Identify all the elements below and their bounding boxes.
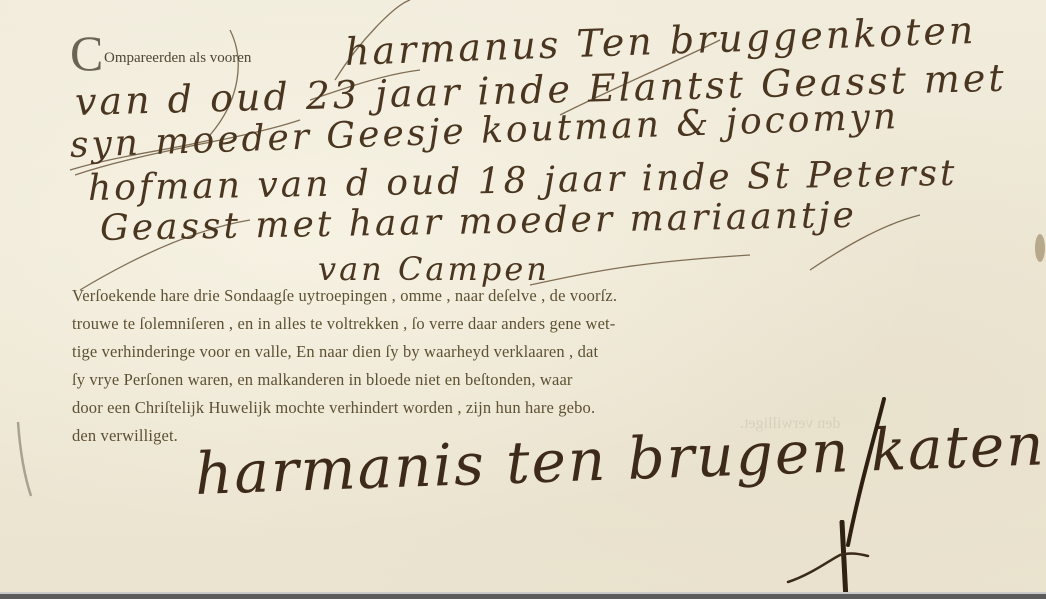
printed-line-3: tige verhinderinge voor en valle, En naa… (72, 342, 598, 362)
drop-cap: C (70, 28, 103, 78)
printed-line-4: ſy vrye Perſonen waren, en malkanderen i… (72, 370, 573, 390)
printed-intro: Ompareerden als vooren (104, 50, 251, 67)
handwritten-line-6: van Campen (318, 250, 550, 288)
pencil-mark (14, 420, 34, 500)
printed-line-5: door een Chriſtelijk Huwelijk mochte ver… (72, 398, 595, 418)
paper-stain (1032, 228, 1046, 268)
signature: harmanis ten brugen katen (194, 410, 1046, 508)
printed-line-2: trouwe te ſolemniſeren , en in alles te … (72, 314, 615, 334)
printed-line-1: Verſoekende hare drie Sondaagſe uytroepi… (72, 286, 617, 306)
printed-line-6: den verwilliget. (72, 426, 178, 446)
signature-ascender-stroke (820, 395, 890, 555)
document-page: C Ompareerden als vooren harmanus Ten br… (0, 0, 1046, 592)
viewer-bottom-bar (0, 594, 1046, 599)
